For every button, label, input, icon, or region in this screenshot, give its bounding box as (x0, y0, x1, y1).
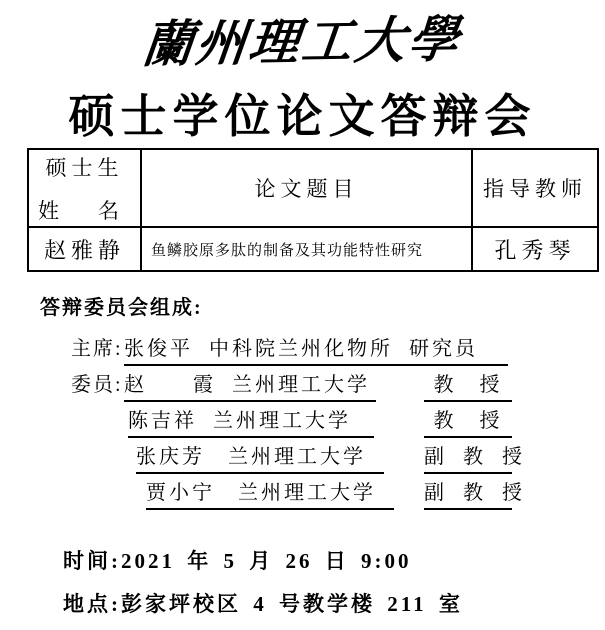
committee-role-label: 委员: (71, 368, 123, 397)
committee-member-info: 贾小宁 兰州理工大学 (146, 476, 394, 510)
cell-thesis-title: 鱼鳞胶原多肽的制备及其功能特性研究 (141, 227, 472, 271)
table-data-row: 赵雅静 鱼鳞胶原多肽的制备及其功能特性研究 孔秀琴 (28, 227, 598, 271)
header-thesis-title: 论文题目 (141, 149, 472, 227)
header-student-line1: 硕士生 (29, 152, 140, 182)
cell-advisor-name: 孔秀琴 (472, 227, 598, 271)
committee-member-info: 赵 霞 兰州理工大学 (124, 368, 376, 402)
committee-row-chair: 主席: 张俊平 中科院兰州化物所 研究员 (0, 332, 605, 364)
header-student-xing: 姓 (38, 195, 59, 225)
page-title: 硕士学位论文答辩会 (0, 80, 605, 146)
defense-announcement-page: 蘭州理工大學 硕士学位论文答辩会 硕士生 姓 名 论文题目 指导教师 赵雅静 鱼… (0, 0, 605, 630)
committee-member-title: 教 授 (424, 368, 512, 402)
committee-row-member-3: 张庆芳 兰州理工大学 副 教 授 (0, 440, 605, 472)
header-student-name: 硕士生 姓 名 (28, 149, 141, 227)
committee-role-label: 主席: (71, 332, 123, 361)
header-student-line2: 姓 名 (29, 195, 140, 225)
committee-member-title: 副 教 授 (424, 476, 512, 510)
committee-member-info: 陈吉祥 兰州理工大学 (128, 404, 374, 438)
defense-time: 时间:2021 年 5 月 26 日 9:00 (63, 545, 412, 575)
committee-member-info: 张俊平 中科院兰州化物所 研究员 (124, 332, 508, 366)
table-header-row: 硕士生 姓 名 论文题目 指导教师 (28, 149, 598, 227)
committee-heading: 答辩委员会组成: (40, 291, 203, 320)
info-table: 硕士生 姓 名 论文题目 指导教师 赵雅静 鱼鳞胶原多肽的制备及其功能特性研究 … (27, 148, 599, 272)
committee-row-member-2: 陈吉祥 兰州理工大学 教 授 (0, 404, 605, 436)
committee-row-member-4: 贾小宁 兰州理工大学 副 教 授 (0, 476, 605, 508)
committee-row-member-1: 委员: 赵 霞 兰州理工大学 教 授 (0, 368, 605, 400)
defense-location: 地点:彭家坪校区 4 号教学楼 211 室 (63, 588, 463, 618)
committee-member-title: 副 教 授 (424, 440, 512, 474)
committee-member-info: 张庆芳 兰州理工大学 (136, 440, 384, 474)
header-advisor: 指导教师 (472, 149, 598, 227)
committee-member-title: 教 授 (424, 404, 512, 438)
university-logo-calligraphy: 蘭州理工大學 (0, 0, 605, 79)
cell-student-name: 赵雅静 (28, 227, 141, 271)
header-student-ming: 名 (98, 195, 119, 225)
